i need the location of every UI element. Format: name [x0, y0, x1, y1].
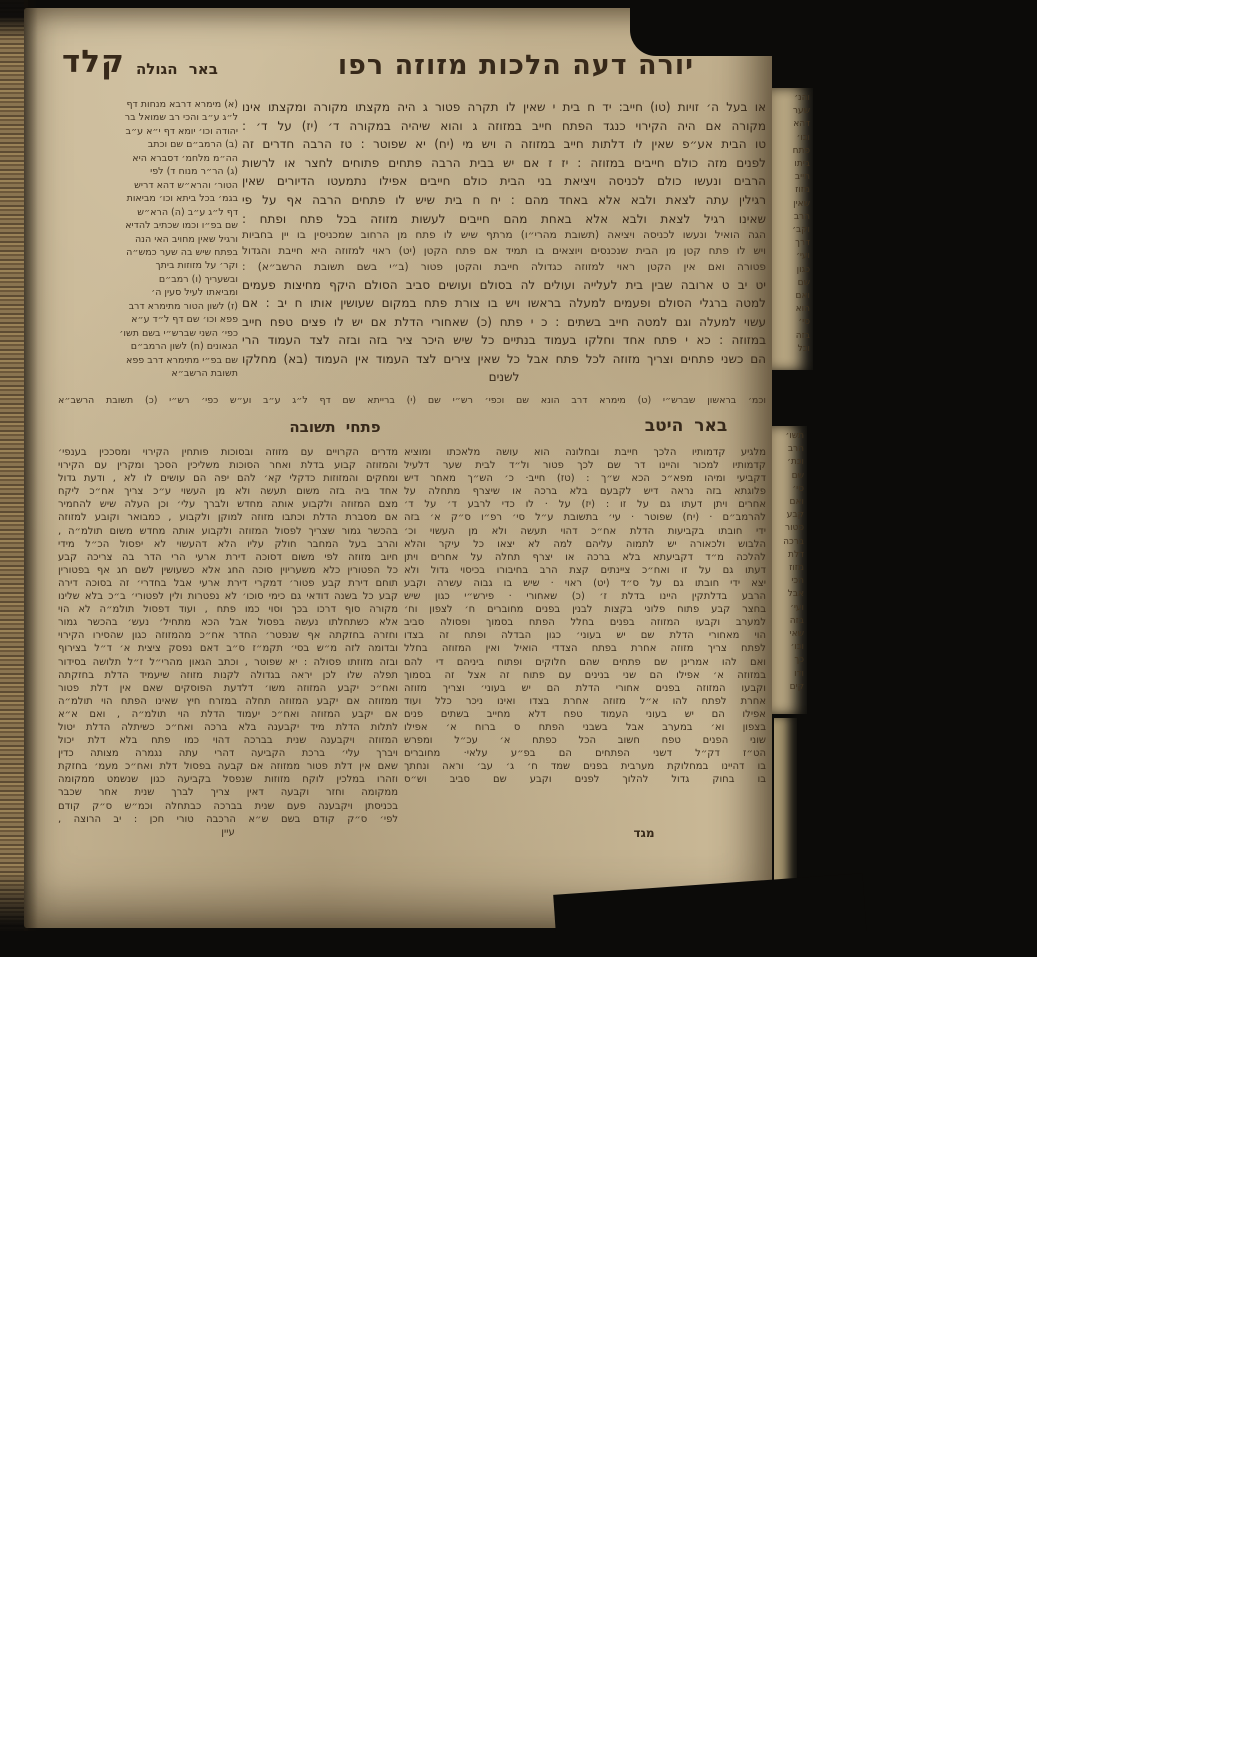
- text-line: הה״מ מלחמ׳ דסברא היא: [36, 152, 238, 165]
- text-line: וזהרו במלכין לוקח מזוזות שנפסל בקביעה כג…: [58, 773, 398, 786]
- text-line: בזה: [772, 330, 810, 343]
- text-line: ל״ג ע״ב והכי רב שמואל בר: [36, 111, 238, 124]
- text-line: לפנים מזה כולם חייבים במזוזה : יז ז אם י…: [242, 154, 766, 173]
- text-line: במזוזה א׳ אפילו הם שני בנינים עם פתוח זה…: [404, 669, 766, 682]
- text-line: מלגיע קדמותיו הלכך חייבת ובחלונה הוא עוש…: [404, 446, 766, 459]
- text-line: קים: [772, 681, 804, 694]
- text-line: ובדומה לזה מ״ש בסי׳ תקמ״ז ס״ב דאם נפסק צ…: [58, 642, 398, 655]
- text-line: קדמותיו למכור והיינו דר שם לכך פטור ול״ד…: [404, 459, 766, 472]
- text-line: כך: [772, 654, 804, 667]
- book-scan-photo: קלד באר הגולה יורה דעה הלכות מזוזה רפו (…: [0, 0, 1037, 957]
- catchword: מגד: [584, 826, 704, 840]
- text-line: הלבוש ולכאורה יש לתמוה עליהם למה לא יצאו…: [404, 538, 766, 551]
- text-line: דלת: [772, 549, 804, 562]
- text-line: דהא: [772, 118, 810, 131]
- text-line: פטורה ואם אין הקטן ראוי למזוזה כגדולה חי…: [242, 260, 766, 276]
- text-line: ורגיל שאין מחויב האי הנה: [36, 233, 238, 246]
- text-line: הרבים ונעשו כולם לכניסה ויציאת בני הבית …: [242, 172, 766, 191]
- text-line: כפי׳ השני שברש״י בשם תשו׳: [36, 327, 238, 340]
- text-line: דעתו גם על זו ואח״כ ציינתים קצת הרב בחיב…: [404, 564, 766, 577]
- beer-hagolah-header: באר הגולה: [136, 60, 218, 78]
- column-header-beer-heitev: באר היטב: [586, 416, 786, 436]
- column-header-pitchei-teshuvah: פתחי תשובה: [260, 418, 410, 436]
- text-line: לתלות הדלת מיד יקבענה בלא ברכה ואח״כ כשי…: [58, 721, 398, 734]
- text-line: בכניסתן ויקבענה פעם שנית בברכה כבתחלה וכ…: [58, 800, 398, 813]
- page-number: קלד: [62, 44, 125, 80]
- pitchei-teshuvah-last-line: עיין: [58, 826, 398, 839]
- text-line: בהכשר גמור שצריך לפסול המזוזה ולקבוע אות…: [58, 525, 398, 538]
- text-line: ובזה מזוזתו פסולה : יא שפוטר , וכתב הגאו…: [58, 656, 398, 669]
- text-line: סי׳: [772, 316, 810, 329]
- text-line: הט״ז דק״ל דשני הפתחים הם בפ״ע עלאי· מחוב…: [404, 747, 766, 760]
- scanner-shadow-bottom: [0, 931, 1037, 957]
- text-line: מזוז: [772, 184, 810, 197]
- text-line: למערב וקבעו המזוזה בפנים בחלל הפתח בסמוך…: [404, 616, 766, 629]
- text-line: כל הפטורין כלא משעריוין סוכה החג אלא כשע…: [58, 564, 398, 577]
- text-line: הם כשני פתחים וצריך מזוזה לכל פתח אבל כל…: [242, 350, 766, 369]
- text-line: אם יקבע המזוזה ואח״כ יעמוד הדלת הוי תולמ…: [58, 708, 398, 721]
- text-line: פתח: [772, 145, 810, 158]
- text-line: וכל: [772, 343, 810, 356]
- text-line: פפא וכו׳ שם דף ל״ד ע״א: [36, 313, 238, 326]
- text-line: הרב: [772, 211, 810, 224]
- text-line: הטור׳ והרא״ש דהא דריש: [36, 179, 238, 192]
- text-line: הגה הואיל ונעשו לכניסה ויציאה (תשובת מהר…: [242, 228, 766, 244]
- screenshot-canvas: קלד באר הגולה יורה דעה הלכות מזוזה רפו (…: [0, 0, 1241, 1755]
- text-line: ואם: [772, 290, 810, 303]
- text-line: חייב: [772, 171, 810, 184]
- text-line: המזוזה ויקבענה שנית בברכה דהוי כמו פתח ב…: [58, 734, 398, 747]
- text-line: וכת׳: [772, 456, 804, 469]
- text-line: לפי׳ ס״ק קודם בשם ש״א הרכבה טורי חכן : י…: [58, 813, 398, 826]
- text-line: מצם המזוזה ולקבוע אותה מחדש ולברך עלי׳ ו…: [58, 498, 398, 511]
- text-line: תפלה שלו לכן יראה בגדולה לקנות מזוזה שיע…: [58, 669, 398, 682]
- text-line: אפילו הם יש בעוני העמוד טפח דלא מחייב בש…: [404, 708, 766, 721]
- text-line: כגון: [772, 264, 810, 277]
- text-line: וכו׳: [772, 132, 810, 145]
- book-page: קלד באר הגולה יורה דעה הלכות מזוזה רפו (…: [24, 8, 772, 928]
- text-line: ומחקים והמזוזות כדקלי קא׳ להם יפה הם עוש…: [58, 472, 398, 485]
- text-line: סי׳: [772, 483, 804, 496]
- text-line: קבע כל בשנה דודאי גם כימי סוכו׳ לא נפטרו…: [58, 590, 398, 603]
- text-line: וקר׳ על מזוזות ביתך: [36, 259, 238, 272]
- text-line: הכי: [772, 575, 804, 588]
- text-line: בגמ׳ בכל ביתא וכו׳ מביאות: [36, 192, 238, 205]
- text-line: תשובת הרשב״א: [36, 367, 238, 380]
- text-line: שם: [772, 470, 804, 483]
- text-line: וקבעו המזוזה בפנים אחורי הדלת הם יש בעונ…: [404, 682, 766, 695]
- text-line: שאי: [772, 628, 804, 641]
- text-line: (ז) לשון הטור מתימרא דרב: [36, 300, 238, 313]
- text-line: ומביאתו לעיל סעין ה׳: [36, 286, 238, 299]
- text-line: שוני הפנים טפח חשוב הכל כפתח א׳ עכ״ל ומפ…: [404, 734, 766, 747]
- main-text-block: או בעל ה׳ זויות (טו) חייב: יד ח בית י שא…: [242, 98, 766, 386]
- text-line: שער: [772, 105, 810, 118]
- text-line: ודו: [772, 668, 804, 681]
- text-line: והרב בעל המחבר חולק עליו הלא דהעשוי לא י…: [58, 538, 398, 551]
- text-line: ביתו: [772, 158, 810, 171]
- text-line: אחרים ויתן דעתו גם על זו : (יז) על · לו …: [404, 498, 766, 511]
- beer-heitev-column: מלגיע קדמותיו הלכך חייבת ובחלונה הוא עוש…: [404, 446, 766, 786]
- text-line: ויברך עלי׳ ברכת הקביעה דהרי עתה נגמרה מצ…: [58, 747, 398, 760]
- text-line: והמזוזה קבוע בדלת ואחר הסוכות משליכין הס…: [58, 459, 398, 472]
- text-line: לפתח צריך מזוזה אחרת בפתח הצדדי הואיל וא…: [404, 642, 766, 655]
- text-line: וקב׳: [772, 224, 810, 237]
- text-line: תשו׳: [772, 430, 804, 443]
- hagah-text: הגה הואיל ונעשו לכניסה ויציאה (תשובת מהר…: [242, 228, 766, 275]
- text-line: שאינו רגיל לצאת ולבא אלא באחת מהם חייבים…: [242, 210, 766, 229]
- text-line: הרב: [772, 443, 804, 456]
- text-line: עשוי למעלה וגם למטה חייב בשתים : כ י פתח…: [242, 313, 766, 332]
- text-line: שם בפ״י מתימרא דרב פפא: [36, 354, 238, 367]
- text-line: תוחם דירת קבע פטור׳ דמקרי דירת ארעי אבל …: [58, 577, 398, 590]
- text-line: הוי מאחורי הדלת שם יש בעוני׳ כגון הבדלה …: [404, 629, 766, 642]
- text-line: אם מסברת הדלת וכתבו מזוזה למוקן ולקבוע ,…: [58, 511, 398, 524]
- text-line: וכו׳: [772, 641, 804, 654]
- text-line: דקביעי ומיהו מפא״כ הכא ש״ך : (טז) חייב· …: [404, 472, 766, 485]
- text-line: בצפון וא׳ במערב אבל בשבני הפתח ס ברוח א׳…: [404, 721, 766, 734]
- text-line: בחצר קבע פתוח פלוני בקצות לבנין בפנים מח…: [404, 603, 766, 616]
- text-line: הגאונים (ח) לשון הרמב״ם: [36, 340, 238, 353]
- beer-hagolah-notes: (א) מימרא דרבא מנחות דףל״ג ע״ב והכי רב ש…: [36, 98, 238, 381]
- text-line: להלכה מ״ד דקביעתא בלא ברכה או יצרף תחלה …: [404, 551, 766, 564]
- text-line: מזוז: [772, 562, 804, 575]
- text-line: אבל: [772, 588, 804, 601]
- text-line: יט יב ט ארובה שבין בית לעלייה ועולים לה …: [242, 276, 766, 295]
- text-line: ברכה: [772, 536, 804, 549]
- text-line: קבע: [772, 509, 804, 522]
- text-line: למטה ברגלי הסולם ופעמים למעלה בראשו ויש …: [242, 294, 766, 313]
- text-line: והנ׳: [772, 92, 810, 105]
- text-line: יהודה וכו׳ יומא דף י״א ע״ב: [36, 125, 238, 138]
- text-line: ידי חובתו בקביעות הדלת אח״כ דהוי תעשה ול…: [404, 525, 766, 538]
- right-page-edge-fragments-top: והנ׳שערדהאוכו׳פתחביתוחייבמזוזשאיןהרבוקב׳…: [772, 88, 813, 370]
- text-line: מדרים הקרויים עם מזוזה ובסוכות פותחין הק…: [58, 446, 398, 459]
- text-line: פלוגתא בזה נראה דיש לקבעם בלא ברכה או שי…: [404, 485, 766, 498]
- beer-hagolah-footnote-line: וכמ׳ בראשון שברש״י (ט) מימרא דרב הונא שם…: [58, 394, 766, 407]
- text-line: שם בפ״ו וכמו שכתיב להדיא: [36, 219, 238, 232]
- text-line: ויש לו פתח קטן מן הבית שנכנסים ויוצאים ב…: [242, 244, 766, 260]
- text-line: במזוזה : כא י פתח אחד וחלקו בעמוד בנתיים…: [242, 331, 766, 350]
- text-line: חיוב מזוזה לפי משום דסוכה דירת ארעי הרי …: [58, 551, 398, 564]
- pitchei-teshuvah-column: מדרים הקרויים עם מזוזה ובסוכות פותחין הק…: [58, 446, 398, 839]
- text-line: יצא ידי חובתו גם על ס״ד (יט) ראוי · שיש …: [404, 577, 766, 590]
- text-line: בזה: [772, 615, 804, 628]
- text-line: מקורה אם היה הקירוי כנגד הפתח חייב במזוז…: [242, 117, 766, 136]
- text-line: אחד ביה בזה משום תעשה ולא מן העשוי ע״כ צ…: [58, 485, 398, 498]
- text-line: בו דהיינו במחלוקת מערבית בפנים שמד ח׳ ג׳…: [404, 760, 766, 773]
- text-line: ועי׳: [772, 250, 810, 263]
- text-line: שאם אין דלת פטור ממזוזה אם קבעה בפסול דל…: [58, 760, 398, 773]
- text-line: (א) מימרא דרבא מנחות דף: [36, 98, 238, 111]
- right-page-edge-fragments-middle: תשו׳הרבוכת׳שםסי׳ואםקבעפטורברכהדלתמזוזהכי…: [772, 426, 807, 714]
- text-line: דף ל״ג ע״ב (ה) הרא״ש: [36, 206, 238, 219]
- text-line: בפתח שיש בה שער כמש״ה: [36, 246, 238, 259]
- text-line: טו הבית אע״פ שאין לו דלתות חייב במזוזה ה…: [242, 135, 766, 154]
- text-line: אלא כשתחלתו נעשה בפסול אבל הכא מתחיל׳ נע…: [58, 616, 398, 629]
- text-line: ואם: [772, 496, 804, 509]
- text-line: (ג) הר״ר מנוח ד) לפי: [36, 165, 238, 178]
- text-line: ואח״כ יקבע המזוזה משו׳ דלדעת הפוסקים שאם…: [58, 682, 398, 695]
- gutter-shadow: [24, 0, 38, 957]
- scanner-clip-top: [630, 0, 830, 56]
- text-line: שם: [772, 277, 810, 290]
- text-line: מקורה סוף דרכו בכך וסוי כמו פתח , ועוד ד…: [58, 603, 398, 616]
- text-line: ובשעריך (ו) רמב״ם: [36, 273, 238, 286]
- text-line: ואם להו אמרינן שם פתחים שהם חלוקים ופתוח…: [404, 656, 766, 669]
- shulchan-aruch-text-b: יט יב ט ארובה שבין בית לעלייה ועולים לה …: [242, 276, 766, 369]
- text-line: ממזוזה אם יקבע המזוזה תחלה במזרח חיץ שאי…: [58, 695, 398, 708]
- text-line: הרבע בדלתקין היינו בדלת ז׳ (כ) שאחורי · …: [404, 590, 766, 603]
- text-line: דרך: [772, 237, 810, 250]
- text-line: הוא: [772, 303, 810, 316]
- shulchan-aruch-text-a: או בעל ה׳ זויות (טו) חייב: יד ח בית י שא…: [242, 98, 766, 228]
- pitchei-teshuvah-lines: מדרים הקרויים עם מזוזה ובסוכות פותחין הק…: [58, 446, 398, 826]
- text-line: או בעל ה׳ זויות (טו) חייב: יד ח בית י שא…: [242, 98, 766, 117]
- text-line: להרמב״ם · (יח) שפוטר · עי׳ בתשובת ע״ל סי…: [404, 511, 766, 524]
- text-line: (ב) הרמב״ם שם וכתב: [36, 138, 238, 151]
- text-line: ממקומה וחזר וקבעה דאין צריך לברך שנית אח…: [58, 786, 398, 799]
- text-line: שאין: [772, 198, 810, 211]
- text-line: וחזרה בחזקתה אף שנפטר׳ החדר אח״כ מהמזוזה…: [58, 629, 398, 642]
- text-line: בו בחוק גדול להלוך לפנים וקבע שם סביב וש…: [404, 773, 766, 786]
- text-line: פטור: [772, 522, 804, 535]
- closing-word: לשנים: [242, 369, 766, 386]
- text-line: רגילין עתה לצאת ולבא אלא באחד מהם : יח ח…: [242, 191, 766, 210]
- text-line: אחרת לפתח להו א״ל מזוזה אחרת בצדו ואינו …: [404, 695, 766, 708]
- text-line: ועי׳: [772, 602, 804, 615]
